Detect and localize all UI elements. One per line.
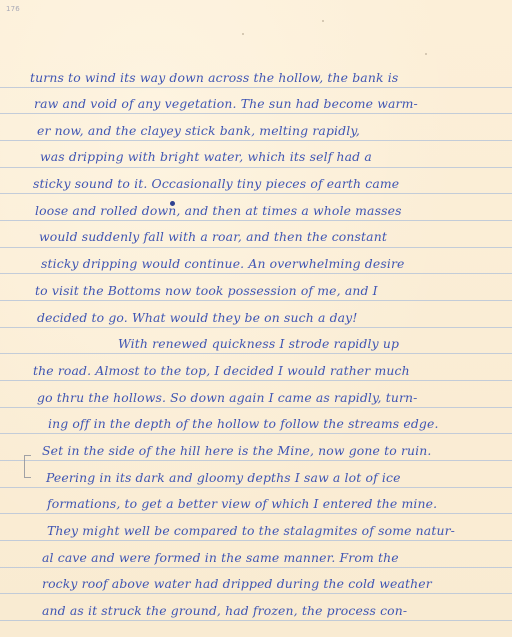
- paper-speck: [425, 53, 427, 55]
- page-number: 176: [6, 5, 20, 13]
- handwritten-line: With renewed quickness I strode rapidly …: [118, 337, 399, 351]
- handwritten-line: Peering in its dark and gloomy depths I …: [46, 471, 401, 485]
- ruled-line: [0, 87, 512, 88]
- ruled-line: [0, 220, 512, 221]
- handwritten-line: sticky dripping would continue. An overw…: [41, 257, 405, 271]
- handwritten-line: ing off in the depth of the hollow to fo…: [48, 417, 439, 431]
- ruled-line: [0, 140, 512, 141]
- handwritten-line: and as it struck the ground, had frozen,…: [42, 604, 407, 618]
- ruled-line: [0, 300, 512, 301]
- handwritten-line: the road. Almost to the top, I decided I…: [33, 364, 410, 378]
- ruled-line: [0, 540, 512, 541]
- margin-bracket-mark: [24, 455, 31, 478]
- ruled-line: [0, 353, 512, 354]
- handwritten-line: al cave and were formed in the same mann…: [42, 551, 399, 565]
- ruled-line: [0, 380, 512, 381]
- handwritten-line: er now, and the clayey stick bank, melti…: [37, 124, 360, 138]
- ruled-line: [0, 593, 512, 594]
- ruled-line: [0, 433, 512, 434]
- ruled-line: [0, 247, 512, 248]
- handwritten-line: would suddenly fall with a roar, and the…: [39, 230, 387, 244]
- notebook-page: 176 turns to wind its way down across th…: [0, 0, 512, 637]
- ruled-line: [0, 513, 512, 514]
- ruled-line: [0, 620, 512, 621]
- ruled-line: [0, 407, 512, 408]
- handwritten-line: loose and rolled down, and then at times…: [35, 204, 402, 218]
- handwritten-line: go thru the hollows. So down again I cam…: [37, 391, 418, 405]
- handwritten-line: rocky roof above water had dripped durin…: [42, 577, 432, 591]
- handwritten-line: formations, to get a better view of whic…: [47, 497, 437, 511]
- handwritten-line: to visit the Bottoms now took possession…: [35, 284, 378, 298]
- ruled-line: [0, 460, 512, 461]
- ruled-line: [0, 567, 512, 568]
- handwritten-line: They might well be compared to the stala…: [47, 524, 455, 538]
- handwritten-line: sticky sound to it. Occasionally tiny pi…: [33, 177, 399, 191]
- ruled-line: [0, 487, 512, 488]
- handwritten-line: Set in the side of the hill here is the …: [42, 444, 431, 458]
- ruled-line: [0, 167, 512, 168]
- handwritten-line: raw and void of any vegetation. The sun …: [34, 97, 418, 111]
- handwritten-line: decided to go. What would they be on suc…: [37, 311, 357, 325]
- paper-speck: [322, 20, 324, 22]
- ruled-line: [0, 113, 512, 114]
- ruled-line: [0, 193, 512, 194]
- handwritten-line: was dripping with bright water, which it…: [40, 150, 372, 164]
- paper-speck: [242, 33, 244, 35]
- ruled-line: [0, 327, 512, 328]
- handwritten-line: turns to wind its way down across the ho…: [30, 71, 398, 85]
- ruled-line: [0, 273, 512, 274]
